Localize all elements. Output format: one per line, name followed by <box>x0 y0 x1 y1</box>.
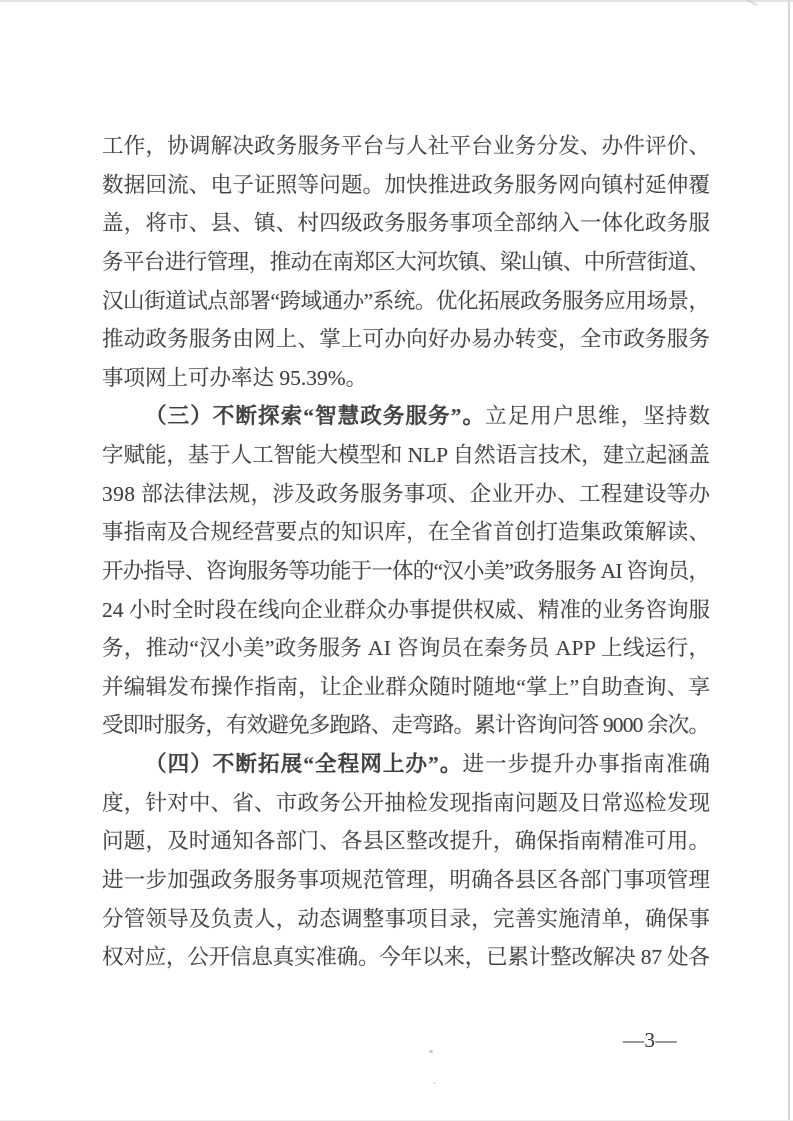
text-line: 权对应，公开信息真实准确。今年以来，已累计整改解决 87 处各 <box>102 938 710 977</box>
text-line-content: 数据回流、电子证照等问题。加快推进政务服务网向镇村延伸覆 <box>102 173 710 197</box>
text-segment: 事指南及合规经营要点的知识库，在全省首创打造集政策解读、 <box>102 520 710 544</box>
text-line: 受即时服务，有效避免多跑路、走弯路。累计咨询问答 9000 余次。 <box>102 706 710 745</box>
text-line: 并编辑发布操作指南，让企业群众随时随地“掌上”自助查询、享 <box>102 668 710 707</box>
scan-speck <box>429 1050 433 1053</box>
text-line-content: 推动政务服务由网上、掌上可办向好办易办转变，全市政务服务 <box>102 327 710 351</box>
text-line: 24 小时全时段在线向企业群众办事提供权威、精准的业务咨询服 <box>102 591 710 630</box>
heading-segment: （四）不断拓展“全程网上办”。 <box>145 752 463 776</box>
document-page: 工作，协调解决政务服务平台与人社平台业务分发、办件评价、数据回流、电子证照等问题… <box>0 0 793 1121</box>
text-segment: 问题，及时通知各部门、各县区整改提升，确保指南精准可用。 <box>102 829 710 853</box>
text-segment: 汉山街道试点部署“跨域通办”系统。优化拓展政务服务应用场景， <box>102 289 710 313</box>
text-line: 事指南及合规经营要点的知识库，在全省首创打造集政策解读、 <box>102 513 710 552</box>
text-segment: 工作，协调解决政务服务平台与人社平台业务分发、办件评价、 <box>102 134 710 158</box>
document-body: 工作，协调解决政务服务平台与人社平台业务分发、办件评价、数据回流、电子证照等问题… <box>102 127 710 977</box>
text-line-content: 事项网上可办率达 95.39%。 <box>102 366 367 390</box>
text-segment: 度，针对中、省、市政务公开抽检发现指南问题及日常巡检发现 <box>102 791 710 815</box>
text-segment: 受即时服务，有效避免多跑路、走弯路。累计咨询问答 9000 余次。 <box>102 713 709 737</box>
text-line: （四）不断拓展“全程网上办”。进一步提升办事指南准确 <box>102 745 710 784</box>
text-line: 推动政务服务由网上、掌上可办向好办易办转变，全市政务服务 <box>102 320 710 359</box>
heading-segment: （三）不断探索“智慧政务服务”。 <box>145 404 485 428</box>
text-line-content: 度，针对中、省、市政务公开抽检发现指南问题及日常巡检发现 <box>102 791 710 815</box>
text-segment: 398 部法律法规，涉及政务服务事项、企业开办、工程建设等办 <box>102 482 710 506</box>
text-line-content: 务平台进行管理，推动在南郑区大河坎镇、梁山镇、中所营街道、 <box>102 250 709 274</box>
text-line: 汉山街道试点部署“跨域通办”系统。优化拓展政务服务应用场景， <box>102 282 710 321</box>
text-line-content: 398 部法律法规，涉及政务服务事项、企业开办、工程建设等办 <box>102 482 710 506</box>
text-segment: 数据回流、电子证照等问题。加快推进政务服务网向镇村延伸覆 <box>102 173 710 197</box>
text-line-content: 24 小时全时段在线向企业群众办事提供权威、精准的业务咨询服 <box>102 598 710 622</box>
text-line: 分管领导及负责人，动态调整事项目录，完善实施清单，确保事 <box>102 900 710 939</box>
text-segment: 务，推动“汉小美”政务服务 AI 咨询员在秦务员 APP 上线运行， <box>102 636 710 660</box>
text-line: 数据回流、电子证照等问题。加快推进政务服务网向镇村延伸覆 <box>102 166 710 205</box>
text-line-content: 权对应，公开信息真实准确。今年以来，已累计整改解决 87 处各 <box>102 945 710 969</box>
text-line: （三）不断探索“智慧政务服务”。立足用户思维，坚持数 <box>102 397 710 436</box>
text-line: 开办指导、咨询服务等功能于一体的“汉小美”政务服务 AI 咨询员， <box>102 552 710 591</box>
text-line-content: 汉山街道试点部署“跨域通办”系统。优化拓展政务服务应用场景， <box>102 289 710 313</box>
text-segment: 盖，将市、县、镇、村四级政务服务事项全部纳入一体化政务服 <box>102 211 710 235</box>
text-segment: 务平台进行管理，推动在南郑区大河坎镇、梁山镇、中所营街道、 <box>102 250 709 274</box>
text-segment: 立足用户思维，坚持数 <box>485 404 711 428</box>
text-line-content: 开办指导、咨询服务等功能于一体的“汉小美”政务服务 AI 咨询员， <box>102 559 709 583</box>
page-number: —3— <box>623 1028 677 1053</box>
text-line: 字赋能，基于人工智能大模型和 NLP 自然语言技术，建立起涵盖 <box>102 436 710 475</box>
text-segment: 事项网上可办率达 95.39%。 <box>102 366 367 390</box>
text-line-content: （四）不断拓展“全程网上办”。进一步提升办事指南准确 <box>145 752 711 776</box>
text-line-content: 并编辑发布操作指南，让企业群众随时随地“掌上”自助查询、享 <box>102 675 710 699</box>
text-line: 度，针对中、省、市政务公开抽检发现指南问题及日常巡检发现 <box>102 784 710 823</box>
scan-speck <box>433 1082 436 1084</box>
text-segment: 分管领导及负责人，动态调整事项目录，完善实施清单，确保事 <box>102 907 710 931</box>
text-segment: 推动政务服务由网上、掌上可办向好办易办转变，全市政务服务 <box>102 327 710 351</box>
scan-edge-right <box>788 0 790 1121</box>
text-line-content: 受即时服务，有效避免多跑路、走弯路。累计咨询问答 9000 余次。 <box>102 713 709 737</box>
text-line: 进一步加强政务服务事项规范管理，明确各县区各部门事项管理 <box>102 861 710 900</box>
text-line-content: （三）不断探索“智慧政务服务”。立足用户思维，坚持数 <box>145 404 711 428</box>
text-line: 盖，将市、县、镇、村四级政务服务事项全部纳入一体化政务服 <box>102 204 710 243</box>
text-line-content: 务，推动“汉小美”政务服务 AI 咨询员在秦务员 APP 上线运行， <box>102 636 710 660</box>
text-segment: 24 小时全时段在线向企业群众办事提供权威、精准的业务咨询服 <box>102 598 710 622</box>
text-segment: 开办指导、咨询服务等功能于一体的“汉小美”政务服务 AI 咨询员， <box>102 559 709 583</box>
text-line-content: 事指南及合规经营要点的知识库，在全省首创打造集政策解读、 <box>102 520 710 544</box>
text-line-content: 字赋能，基于人工智能大模型和 NLP 自然语言技术，建立起涵盖 <box>102 443 710 467</box>
text-line: 务平台进行管理，推动在南郑区大河坎镇、梁山镇、中所营街道、 <box>102 243 710 282</box>
text-segment: 字赋能，基于人工智能大模型和 NLP 自然语言技术，建立起涵盖 <box>102 443 710 467</box>
text-line: 问题，及时通知各部门、各县区整改提升，确保指南精准可用。 <box>102 822 710 861</box>
text-line-content: 工作，协调解决政务服务平台与人社平台业务分发、办件评价、 <box>102 134 710 158</box>
text-segment: 进一步加强政务服务事项规范管理，明确各县区各部门事项管理 <box>102 868 710 892</box>
scan-edge-top <box>0 0 793 2</box>
text-line-content: 分管领导及负责人，动态调整事项目录，完善实施清单，确保事 <box>102 907 710 931</box>
text-line: 398 部法律法规，涉及政务服务事项、企业开办、工程建设等办 <box>102 475 710 514</box>
text-line-content: 盖，将市、县、镇、村四级政务服务事项全部纳入一体化政务服 <box>102 211 710 235</box>
text-segment: 权对应，公开信息真实准确。今年以来，已累计整改解决 87 处各 <box>102 945 710 969</box>
text-segment: 并编辑发布操作指南，让企业群众随时随地“掌上”自助查询、享 <box>102 675 710 699</box>
text-line-content: 问题，及时通知各部门、各县区整改提升，确保指南精准可用。 <box>102 829 710 853</box>
text-line: 工作，协调解决政务服务平台与人社平台业务分发、办件评价、 <box>102 127 710 166</box>
text-line-content: 进一步加强政务服务事项规范管理，明确各县区各部门事项管理 <box>102 868 710 892</box>
text-line: 事项网上可办率达 95.39%。 <box>102 359 710 398</box>
text-line: 务，推动“汉小美”政务服务 AI 咨询员在秦务员 APP 上线运行， <box>102 629 710 668</box>
text-segment: 进一步提升办事指南准确 <box>463 752 712 776</box>
